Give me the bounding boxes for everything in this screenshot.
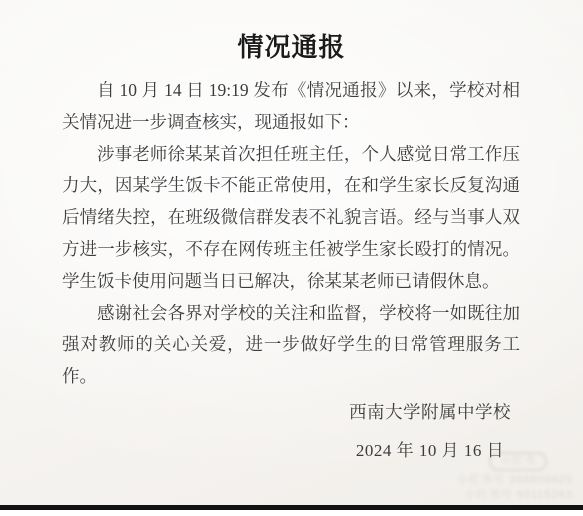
paragraph-intro: 自 10 月 14 日 19:19 发布《情况通报》以来，学校对相关情况进一步调… bbox=[62, 75, 520, 139]
document-body: 自 10 月 14 日 19:19 发布《情况通报》以来，学校对相关情况进一步调… bbox=[62, 75, 520, 393]
issuing-school-name: 西南大学附属中学校 bbox=[349, 399, 511, 424]
document-title: 情况通报 bbox=[0, 27, 583, 64]
issue-date: 2024 年 10 月 16 日 bbox=[349, 436, 511, 461]
paragraph-findings: 涉事老师徐某某首次担任班主任，个人感觉日常工作压力大，因某学生饭卡不能正常使用，… bbox=[62, 139, 520, 298]
document-photo: 情况通报 自 10 月 14 日 19:19 发布《情况通报》以来，学校对相关情… bbox=[0, 0, 583, 516]
signature-block: 西南大学附属中学校 2024 年 10 月 16 日 bbox=[349, 399, 511, 461]
paragraph-closing: 感谢社会各界对学校的关注和监督，学校将一如既往加强对教师的关心关爱，进一步做好学… bbox=[62, 298, 520, 393]
bottom-black-bar bbox=[0, 505, 583, 510]
